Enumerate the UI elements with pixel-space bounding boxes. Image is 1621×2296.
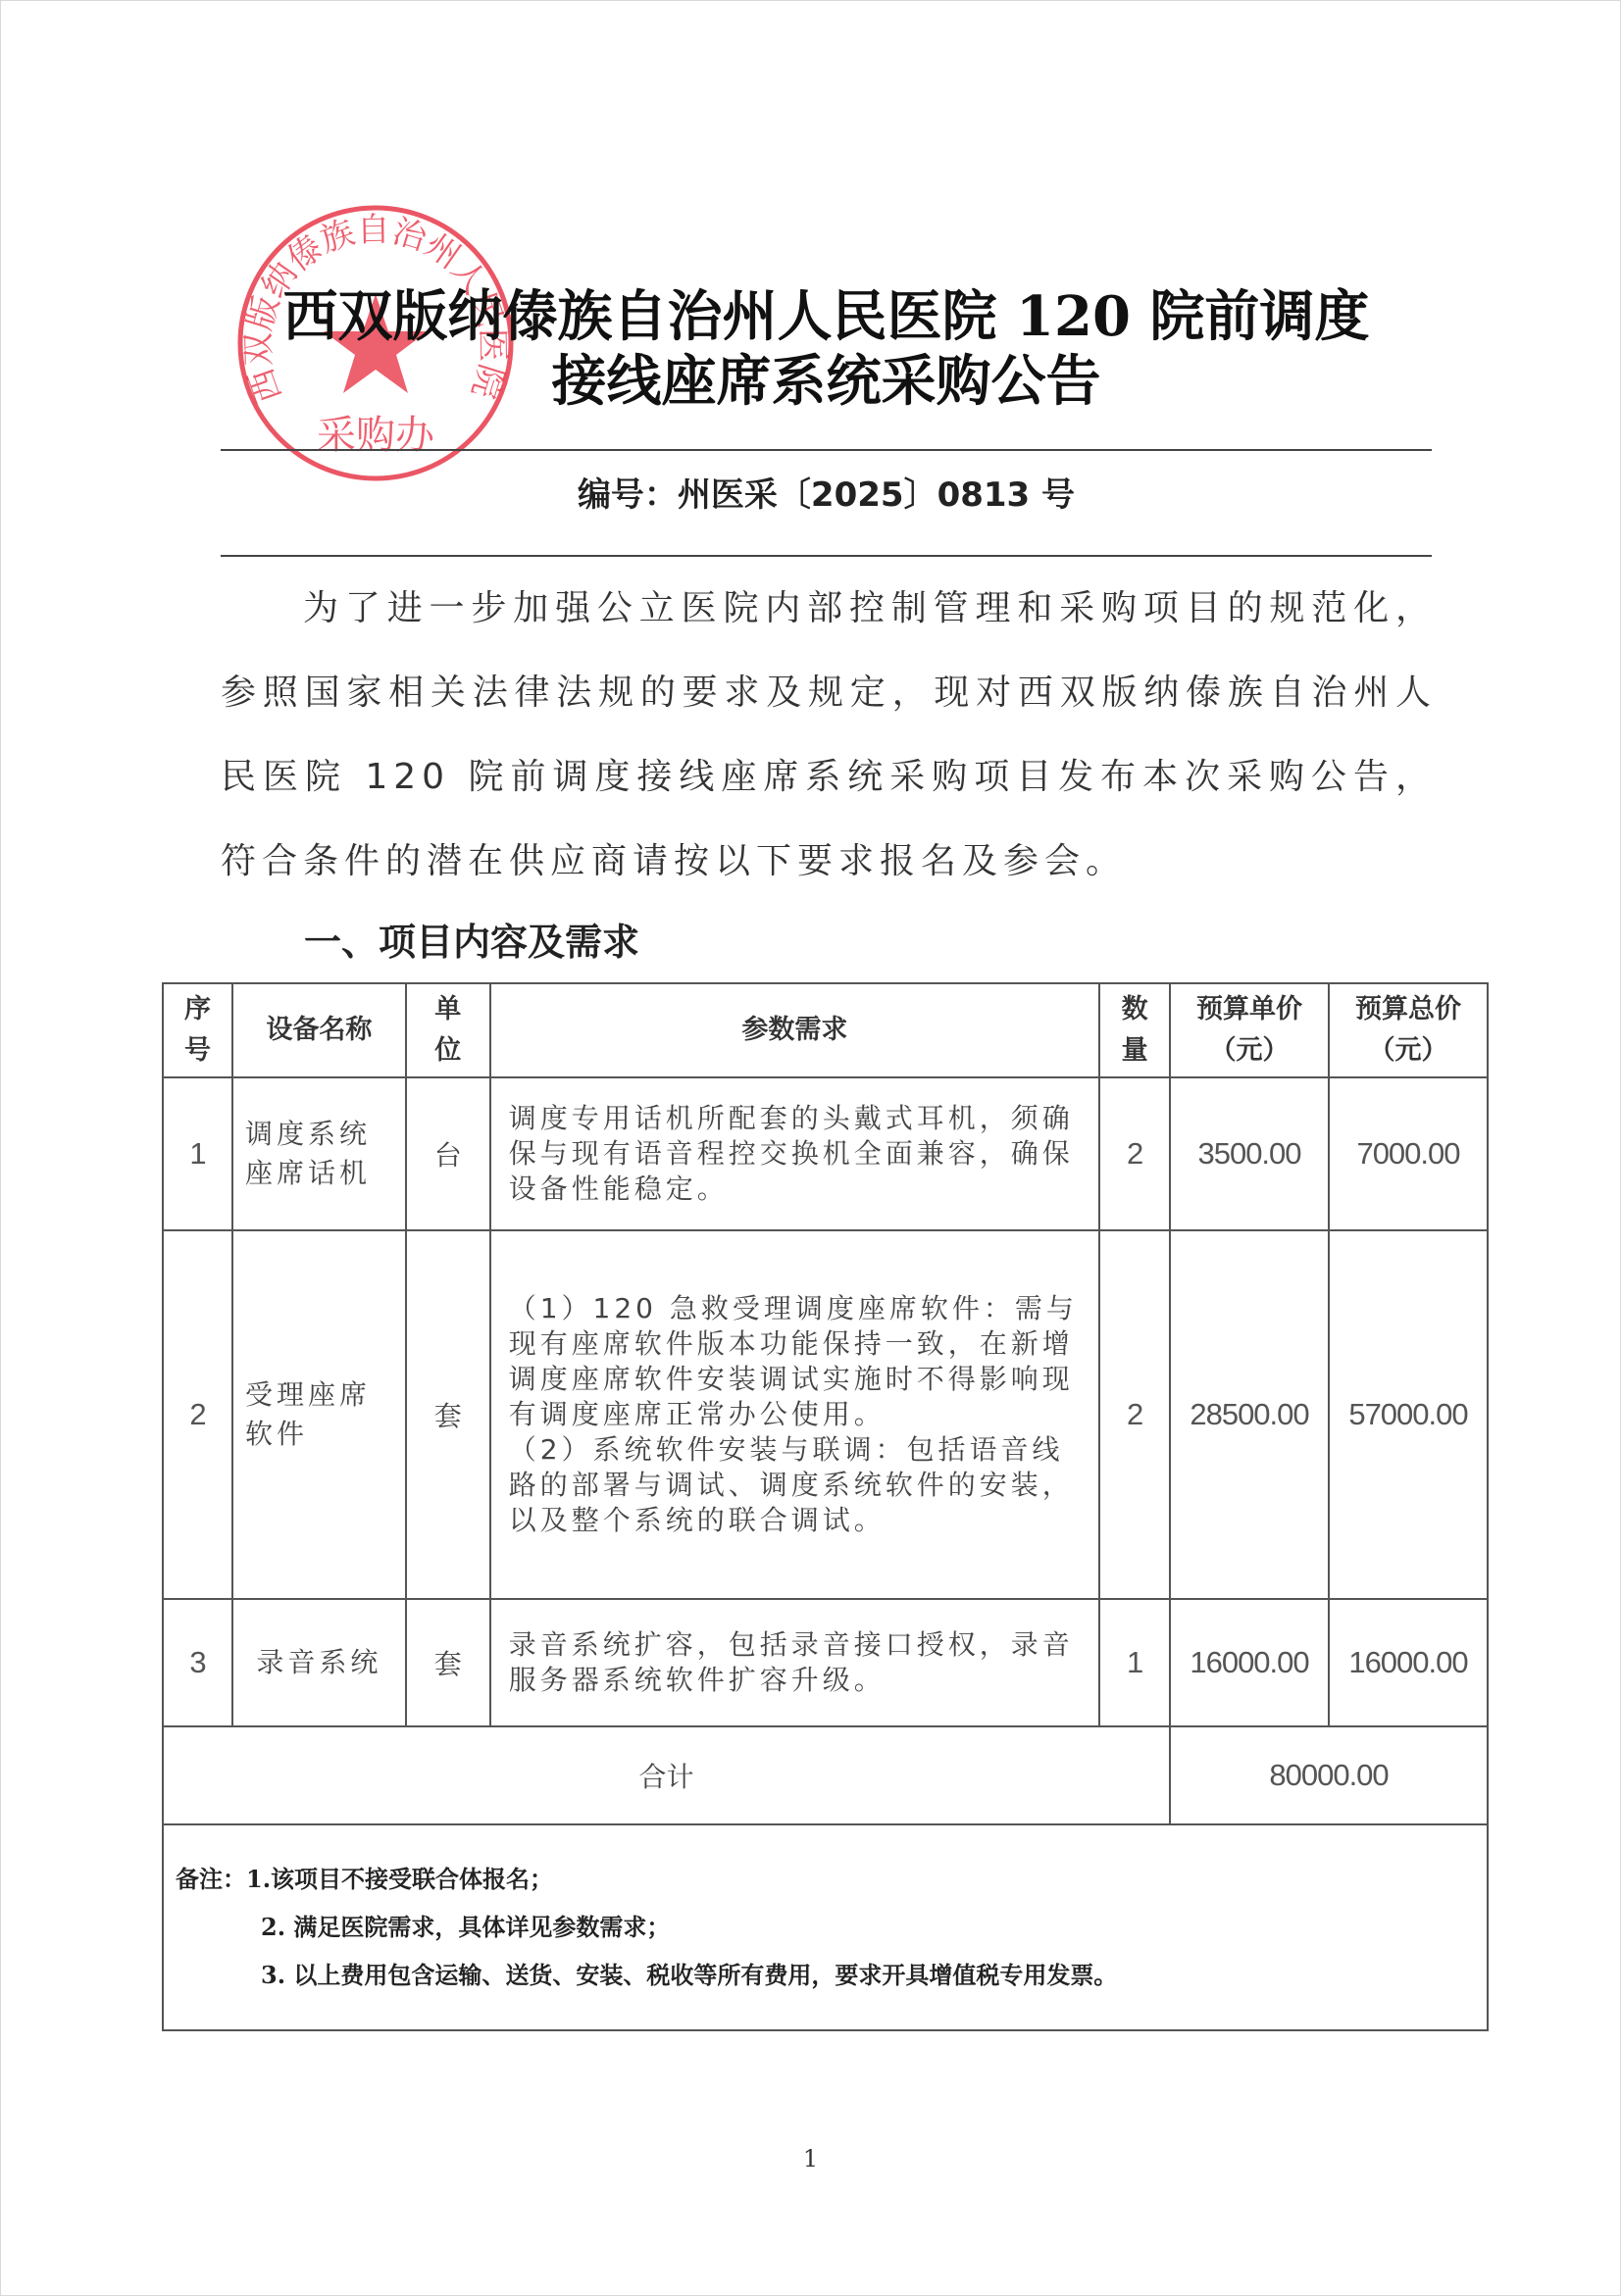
cell-total-price: 57000.00 (1329, 1230, 1488, 1599)
title-line-1: 西双版纳傣族自治州人民医院 120 院前调度 (230, 284, 1422, 349)
table-header-row: 序号 设备名称 单位 参数需求 数量 预算单价（元） 预算总价（元） (163, 983, 1488, 1077)
items-table: 序号 设备名称 单位 参数需求 数量 预算单价（元） 预算总价（元） 1 调度系… (162, 982, 1489, 2031)
cell-unit: 套 (406, 1599, 490, 1726)
divider-bottom (221, 555, 1432, 557)
divider-top (221, 449, 1432, 451)
cell-unit-price: 3500.00 (1170, 1077, 1329, 1230)
cell-name: 调度系统座席话机 (232, 1077, 406, 1230)
header-name: 设备名称 (232, 983, 406, 1077)
document-number: 编号：州医采〔2025〕0813 号 (221, 468, 1432, 516)
cell-unit: 台 (406, 1077, 490, 1230)
sum-label: 合计 (163, 1726, 1170, 1824)
page-number: 1 (0, 2145, 1621, 2172)
cell-unit-price: 16000.00 (1170, 1599, 1329, 1726)
cell-qty: 2 (1099, 1077, 1170, 1230)
cell-no: 1 (163, 1077, 232, 1230)
intro-paragraph: 为了进一步加强公立医院内部控制管理和采购项目的规范化，参照国家相关法律法规的要求… (221, 567, 1437, 904)
cell-unit-price: 28500.00 (1170, 1230, 1329, 1599)
sum-value: 80000.00 (1170, 1726, 1488, 1824)
table-row: 3 录音系统 套 录音系统扩容，包括录音接口授权，录音服务器系统软件扩容升级。 … (163, 1599, 1488, 1726)
cell-spec: （1）120 急救受理调度座席软件：需与现有座席软件版本功能保持一致，在新增调度… (490, 1230, 1099, 1599)
title-line-2: 接线座席系统采购公告 (230, 349, 1422, 414)
cell-total-price: 7000.00 (1329, 1077, 1488, 1230)
seal-center-text: 采购办 (317, 413, 436, 458)
note-2: 2. 满足医院需求，具体详见参数需求； (176, 1903, 1487, 1951)
cell-spec: 录音系统扩容，包括录音接口授权，录音服务器系统软件扩容升级。 (490, 1599, 1099, 1726)
header-spec: 参数需求 (490, 983, 1099, 1077)
header-unit-price: 预算单价（元） (1170, 983, 1329, 1077)
note-3: 3. 以上费用包含运输、送货、安装、税收等所有费用，要求开具增值税专用发票。 (176, 1951, 1487, 1999)
cell-qty: 1 (1099, 1599, 1170, 1726)
document-title: 西双版纳傣族自治州人民医院 120 院前调度 接线座席系统采购公告 (230, 284, 1422, 414)
cell-qty: 2 (1099, 1230, 1170, 1599)
cell-no: 3 (163, 1599, 232, 1726)
cell-unit: 套 (406, 1230, 490, 1599)
notes-cell: 备注：1.该项目不接受联合体报名； 2. 满足医院需求，具体详见参数需求； 3.… (163, 1824, 1488, 2030)
section-heading: 一、项目内容及需求 (304, 912, 639, 966)
header-unit: 单位 (406, 983, 490, 1077)
table-sum-row: 合计 80000.00 (163, 1726, 1488, 1824)
header-qty: 数量 (1099, 983, 1170, 1077)
cell-name: 录音系统 (232, 1599, 406, 1726)
cell-no: 2 (163, 1230, 232, 1599)
table-notes-row: 备注：1.该项目不接受联合体报名； 2. 满足医院需求，具体详见参数需求； 3.… (163, 1824, 1488, 2030)
header-no: 序号 (163, 983, 232, 1077)
note-1: 备注：1.该项目不接受联合体报名； (176, 1855, 1487, 1903)
table-row: 2 受理座席软件 套 （1）120 急救受理调度座席软件：需与现有座席软件版本功… (163, 1230, 1488, 1599)
table-row: 1 调度系统座席话机 台 调度专用话机所配套的头戴式耳机，须确保与现有语音程控交… (163, 1077, 1488, 1230)
cell-total-price: 16000.00 (1329, 1599, 1488, 1726)
header-total-price: 预算总价（元） (1329, 983, 1488, 1077)
cell-spec: 调度专用话机所配套的头戴式耳机，须确保与现有语音程控交换机全面兼容，确保设备性能… (490, 1077, 1099, 1230)
cell-name: 受理座席软件 (232, 1230, 406, 1599)
